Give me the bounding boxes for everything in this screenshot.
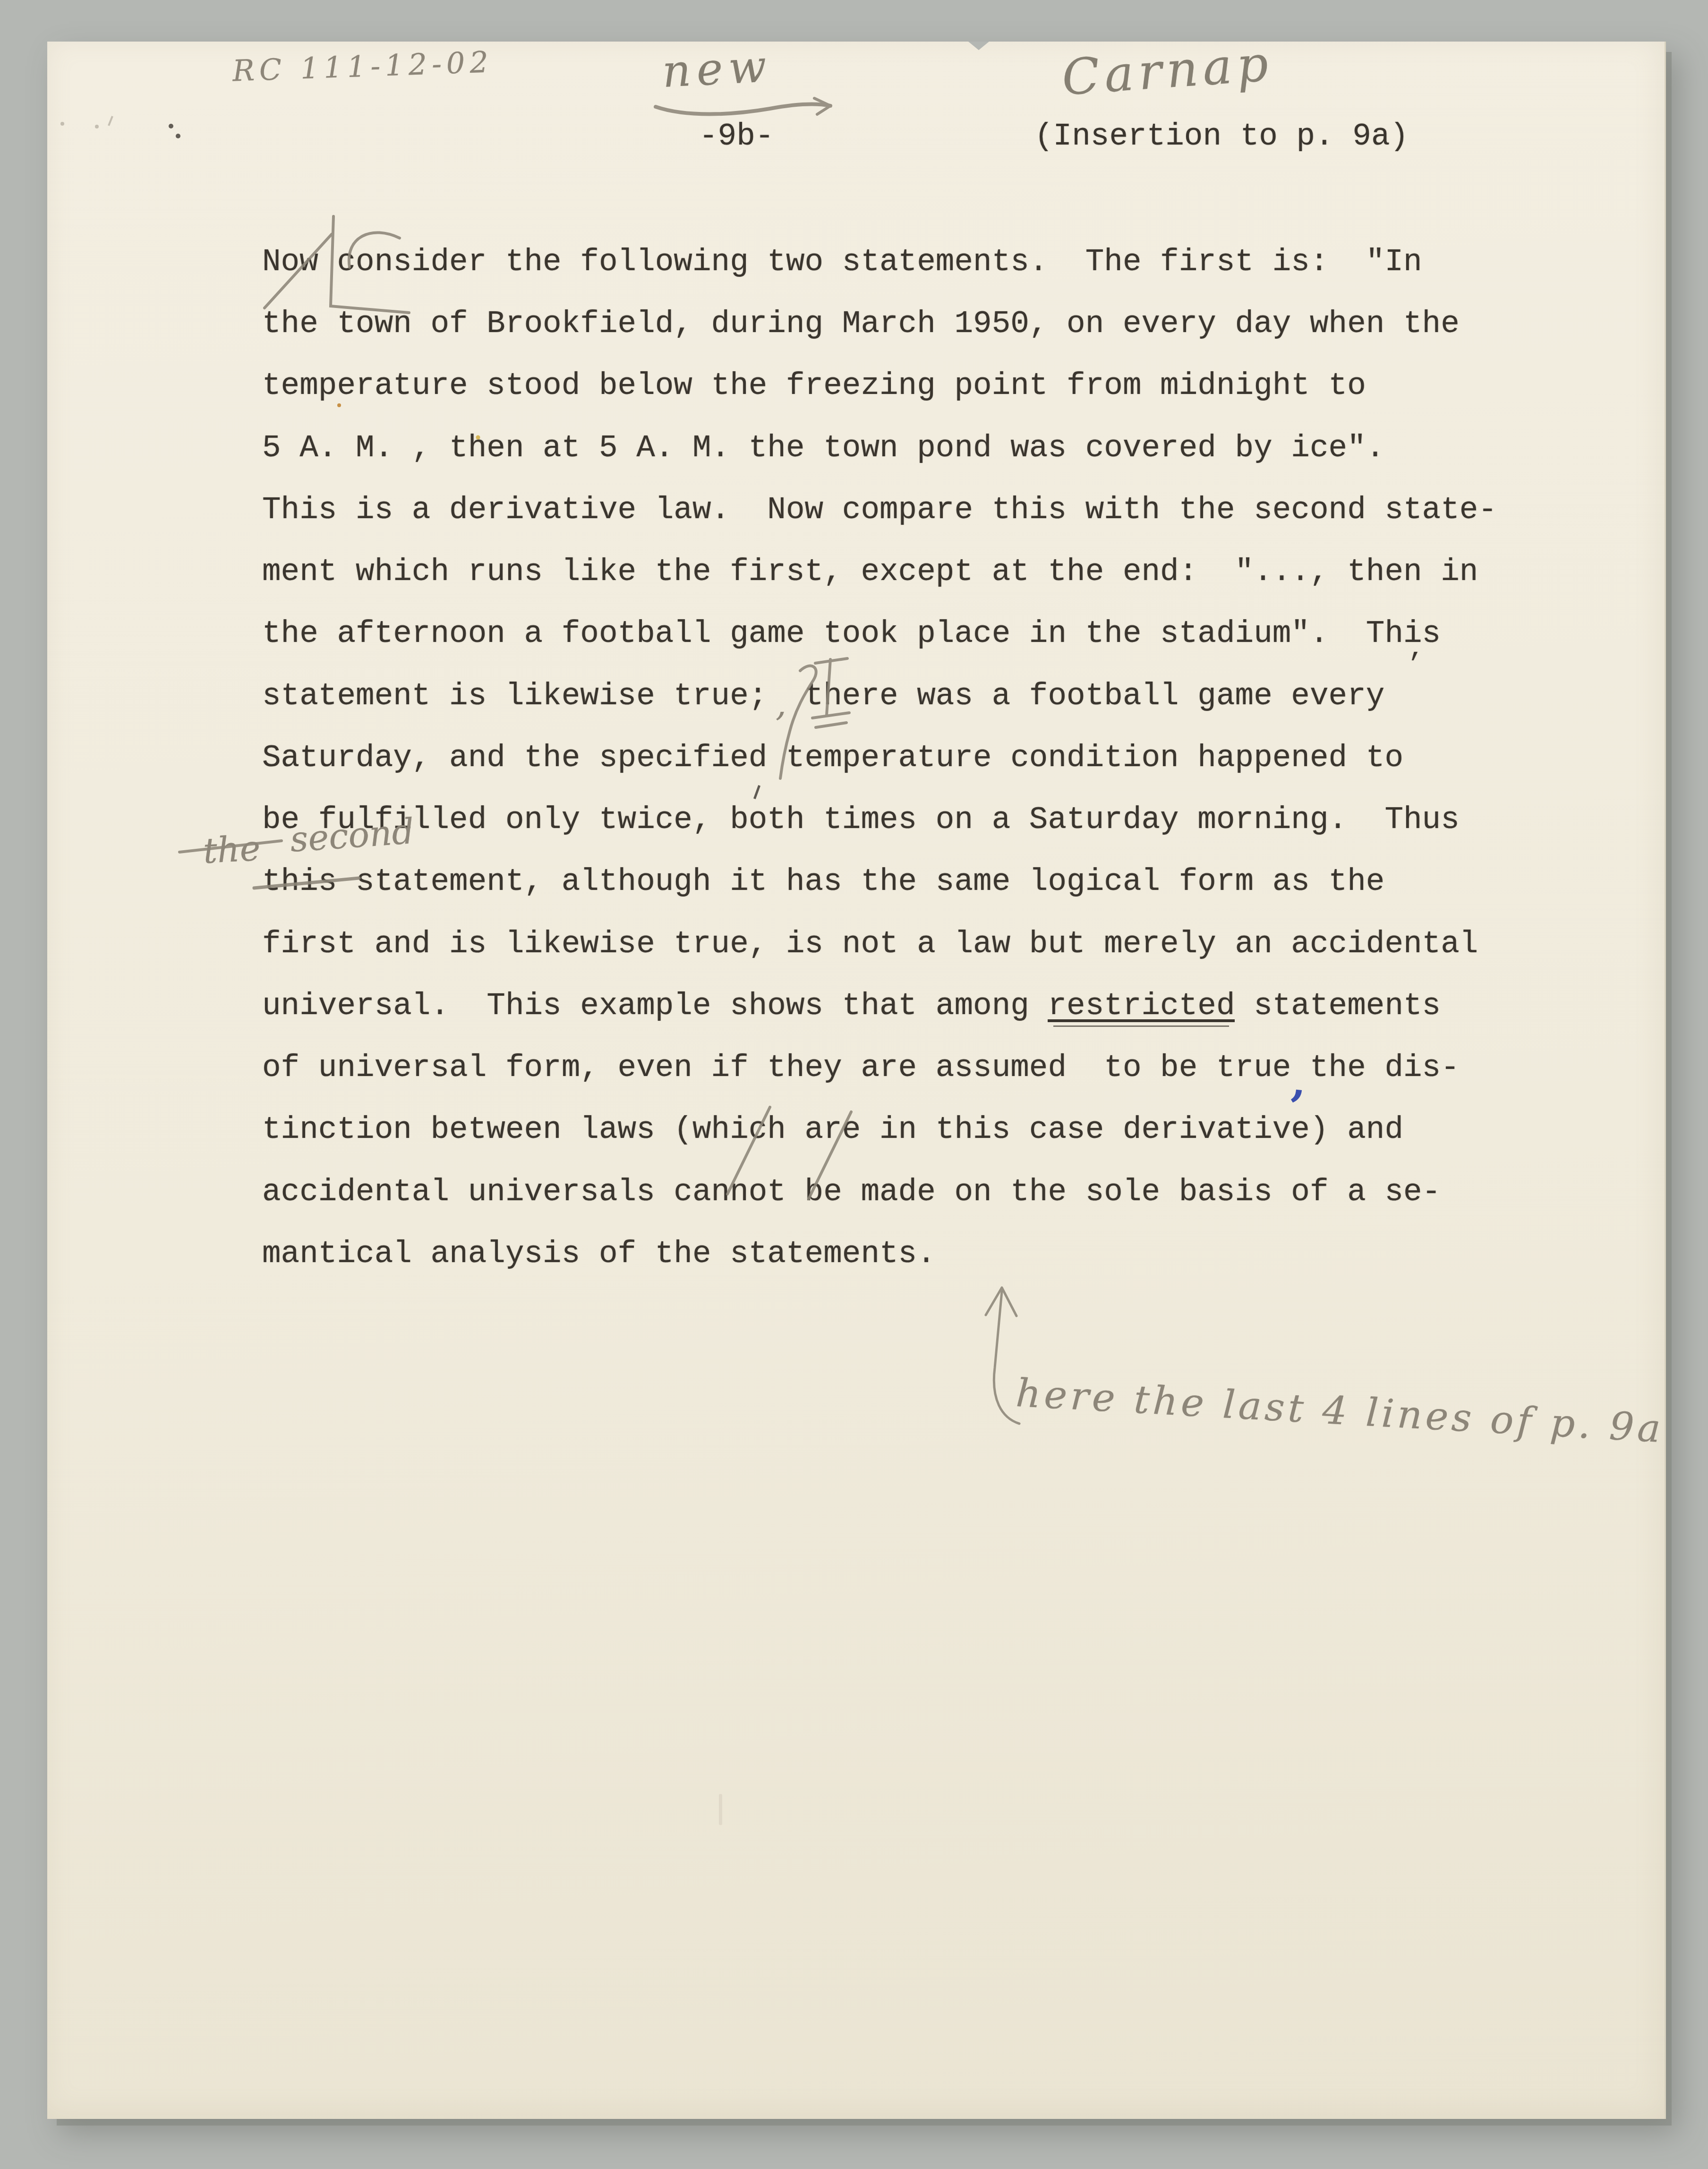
typed-line: ment which runs like the first, except a… <box>262 556 1478 588</box>
insert-word-second-annotation: second <box>289 811 415 860</box>
insertion-note: (Insertion to p. 9a) <box>1034 121 1409 152</box>
typed-line: the town of Brookfield, during March 195… <box>262 308 1460 340</box>
typed-line: the afternoon a football game took place… <box>262 618 1441 649</box>
typed-line: first and is likewise true, is not a law… <box>262 929 1478 960</box>
typed-line: be fulfilled only twice, both times on a… <box>262 804 1460 836</box>
typed-line: Now consider the following two statement… <box>262 247 1422 278</box>
insert-word-the-annotation: the <box>202 828 262 871</box>
typed-line: statement is likewise true; there was a … <box>262 681 1384 712</box>
typed-line: temperature stood below the freezing poi… <box>262 370 1366 401</box>
typed-line: 5 A. M. , then at 5 A. M. the town pond … <box>262 433 1384 464</box>
pencil-comma-annotation: , <box>776 684 786 724</box>
typed-line: Saturday, and the specified temperature … <box>262 743 1403 774</box>
restricted-underline <box>1048 1019 1235 1022</box>
page-number: -9b- <box>699 121 774 152</box>
typed-line: of universal form, even if they are assu… <box>262 1052 1460 1084</box>
restricted-underline-second <box>1053 1025 1229 1027</box>
typed-line: This is a derivative law. Now compare th… <box>262 495 1497 526</box>
typed-line: universal. This example shows that among… <box>262 991 1441 1022</box>
new-label-annotation: new <box>661 41 773 98</box>
typed-line: accidental universals cannot be made on … <box>262 1177 1441 1208</box>
typed-line: mantical analysis of the statements. <box>262 1238 936 1270</box>
scanned-document-page: -9b- (Insertion to p. 9a) RC 111-12-02 n… <box>0 0 1708 2169</box>
typed-line: tinction between laws (which are in this… <box>262 1114 1403 1145</box>
overstruck-comma-mark: , <box>1409 633 1425 664</box>
typed-line: this statement, although it has the same… <box>262 866 1384 897</box>
